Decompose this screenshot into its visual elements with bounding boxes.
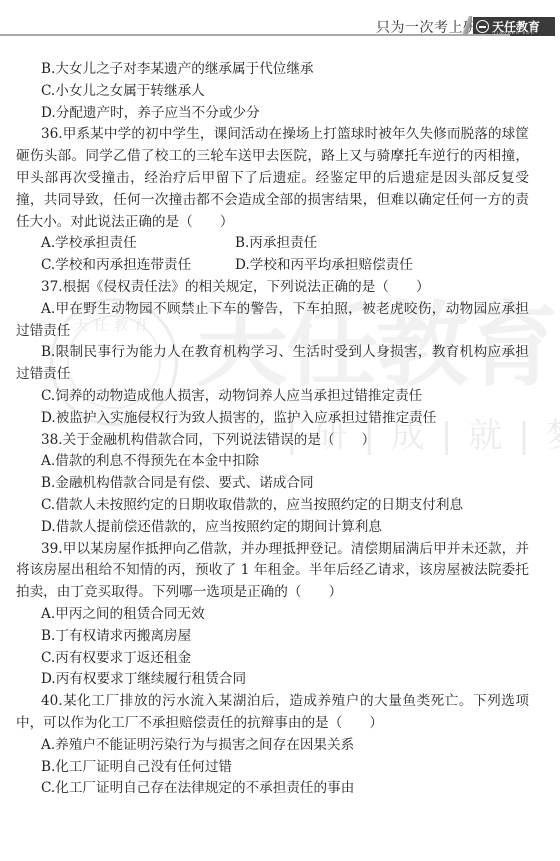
option-b: B.大女儿之子对李某遗产的继承属于代位继承 <box>16 59 529 81</box>
header-decoration-slash <box>462 16 472 36</box>
header-divider <box>0 34 510 36</box>
question-stem: 36.甲系某中学的初中学生，课间活动在操场上打篮球时被年久失修而脱落的球筐砸伤头… <box>16 124 529 233</box>
question-36: 36.甲系某中学的初中学生，课间活动在操场上打篮球时被年久失修而脱落的球筐砸伤头… <box>16 124 529 277</box>
option-c: C.饲养的动物造成他人损害，动物饲养人应当承担过错推定责任 <box>16 386 529 408</box>
question-37: 37.根据《侵权责任法》的相关规定，下列说法正确的是（ ） A.甲在野生动物园不… <box>16 277 529 430</box>
option-c: C.化工厂证明自己存在法律规定的不承担责任的事由 <box>16 778 529 800</box>
option-d: D.丙有权要求丁继续履行租赁合同 <box>16 669 529 691</box>
option-d: D.被监护入实施侵权行为致人损害的，监护入应承担过错推定责任 <box>16 408 529 430</box>
option-c: C.借款人未按照约定的日期收取借款的，应当按照约定的日期支付利息 <box>16 495 529 517</box>
option-d: D.借款人提前偿还借款的，应当按照约定的期间计算利息 <box>16 517 529 539</box>
option-b: B.金融机构借款合同是有偿、要式、诺成合同 <box>16 473 529 495</box>
question-38: 38.关于金融机构借款合同，下列说法错误的是（ ） A.借款的利息不得预先在本金… <box>16 430 529 539</box>
question-40: 40.某化工厂排放的污水流入某湖泊后，造成养殖户的大量鱼类死亡。下列选项中，可以… <box>16 691 529 800</box>
question-39: 39.甲以某房屋作抵押向乙借款，并办理抵押登记。清偿期届满后甲并未还款，并将该房… <box>16 539 529 692</box>
option-b: B.丁有权请求丙搬离房屋 <box>16 626 529 648</box>
question-stem: 37.根据《侵权责任法》的相关规定，下列说法正确的是（ ） <box>16 277 529 299</box>
option-a: A.甲在野生动物园不顾禁止下车的警告，下车拍照，被老虎咬伤，动物园应承担过错责任 <box>16 299 529 343</box>
option-c: C.丙有权要求丁返还租金 <box>16 648 529 670</box>
option-a: A.借款的利息不得预先在本金中扣除 <box>16 451 529 473</box>
option-c: C.小女儿之女属于转继承人 <box>16 81 529 103</box>
question-stem: 40.某化工厂排放的污水流入某湖泊后，造成养殖户的大量鱼类死亡。下列选项中，可以… <box>16 691 529 735</box>
option-d: D.学校和丙平均承担赔偿责任 <box>235 255 429 277</box>
options-row: C.学校和丙承担连带责任 D.学校和丙平均承担赔偿责任 <box>16 255 529 277</box>
option-a: A.甲丙之间的租赁合同无效 <box>16 604 529 626</box>
question-stem: 38.关于金融机构借款合同，下列说法错误的是（ ） <box>16 430 529 452</box>
option-c: C.学校和丙承担连带责任 <box>41 255 235 277</box>
question-35-tail: B.大女儿之子对李某遗产的继承属于代位继承 C.小女儿之女属于转继承人 D.分配… <box>16 59 529 124</box>
question-stem: 39.甲以某房屋作抵押向乙借款，并办理抵押登记。清偿期届满后甲并未还款，并将该房… <box>16 539 529 604</box>
options-row: A.学校承担责任 B.丙承担责任 <box>16 233 529 255</box>
document-body: B.大女儿之子对李某遗产的继承属于代位继承 C.小女儿之女属于转继承人 D.分配… <box>16 59 529 800</box>
option-b: B.限制民事行为能力人在教育机构学习、生活时受到人身损害，教育机构应承担过错责任 <box>16 342 529 386</box>
option-b: B.丙承担责任 <box>235 233 429 255</box>
option-d: D.分配遗产时，养子应当不分或少分 <box>16 103 529 125</box>
logo-emblem-icon <box>476 20 489 33</box>
option-a: A.学校承担责任 <box>41 233 235 255</box>
option-b: B.化工厂证明自己没有任何过错 <box>16 757 529 779</box>
option-a: A.养殖户不能证明污染行为与损害之间存在因果关系 <box>16 735 529 757</box>
